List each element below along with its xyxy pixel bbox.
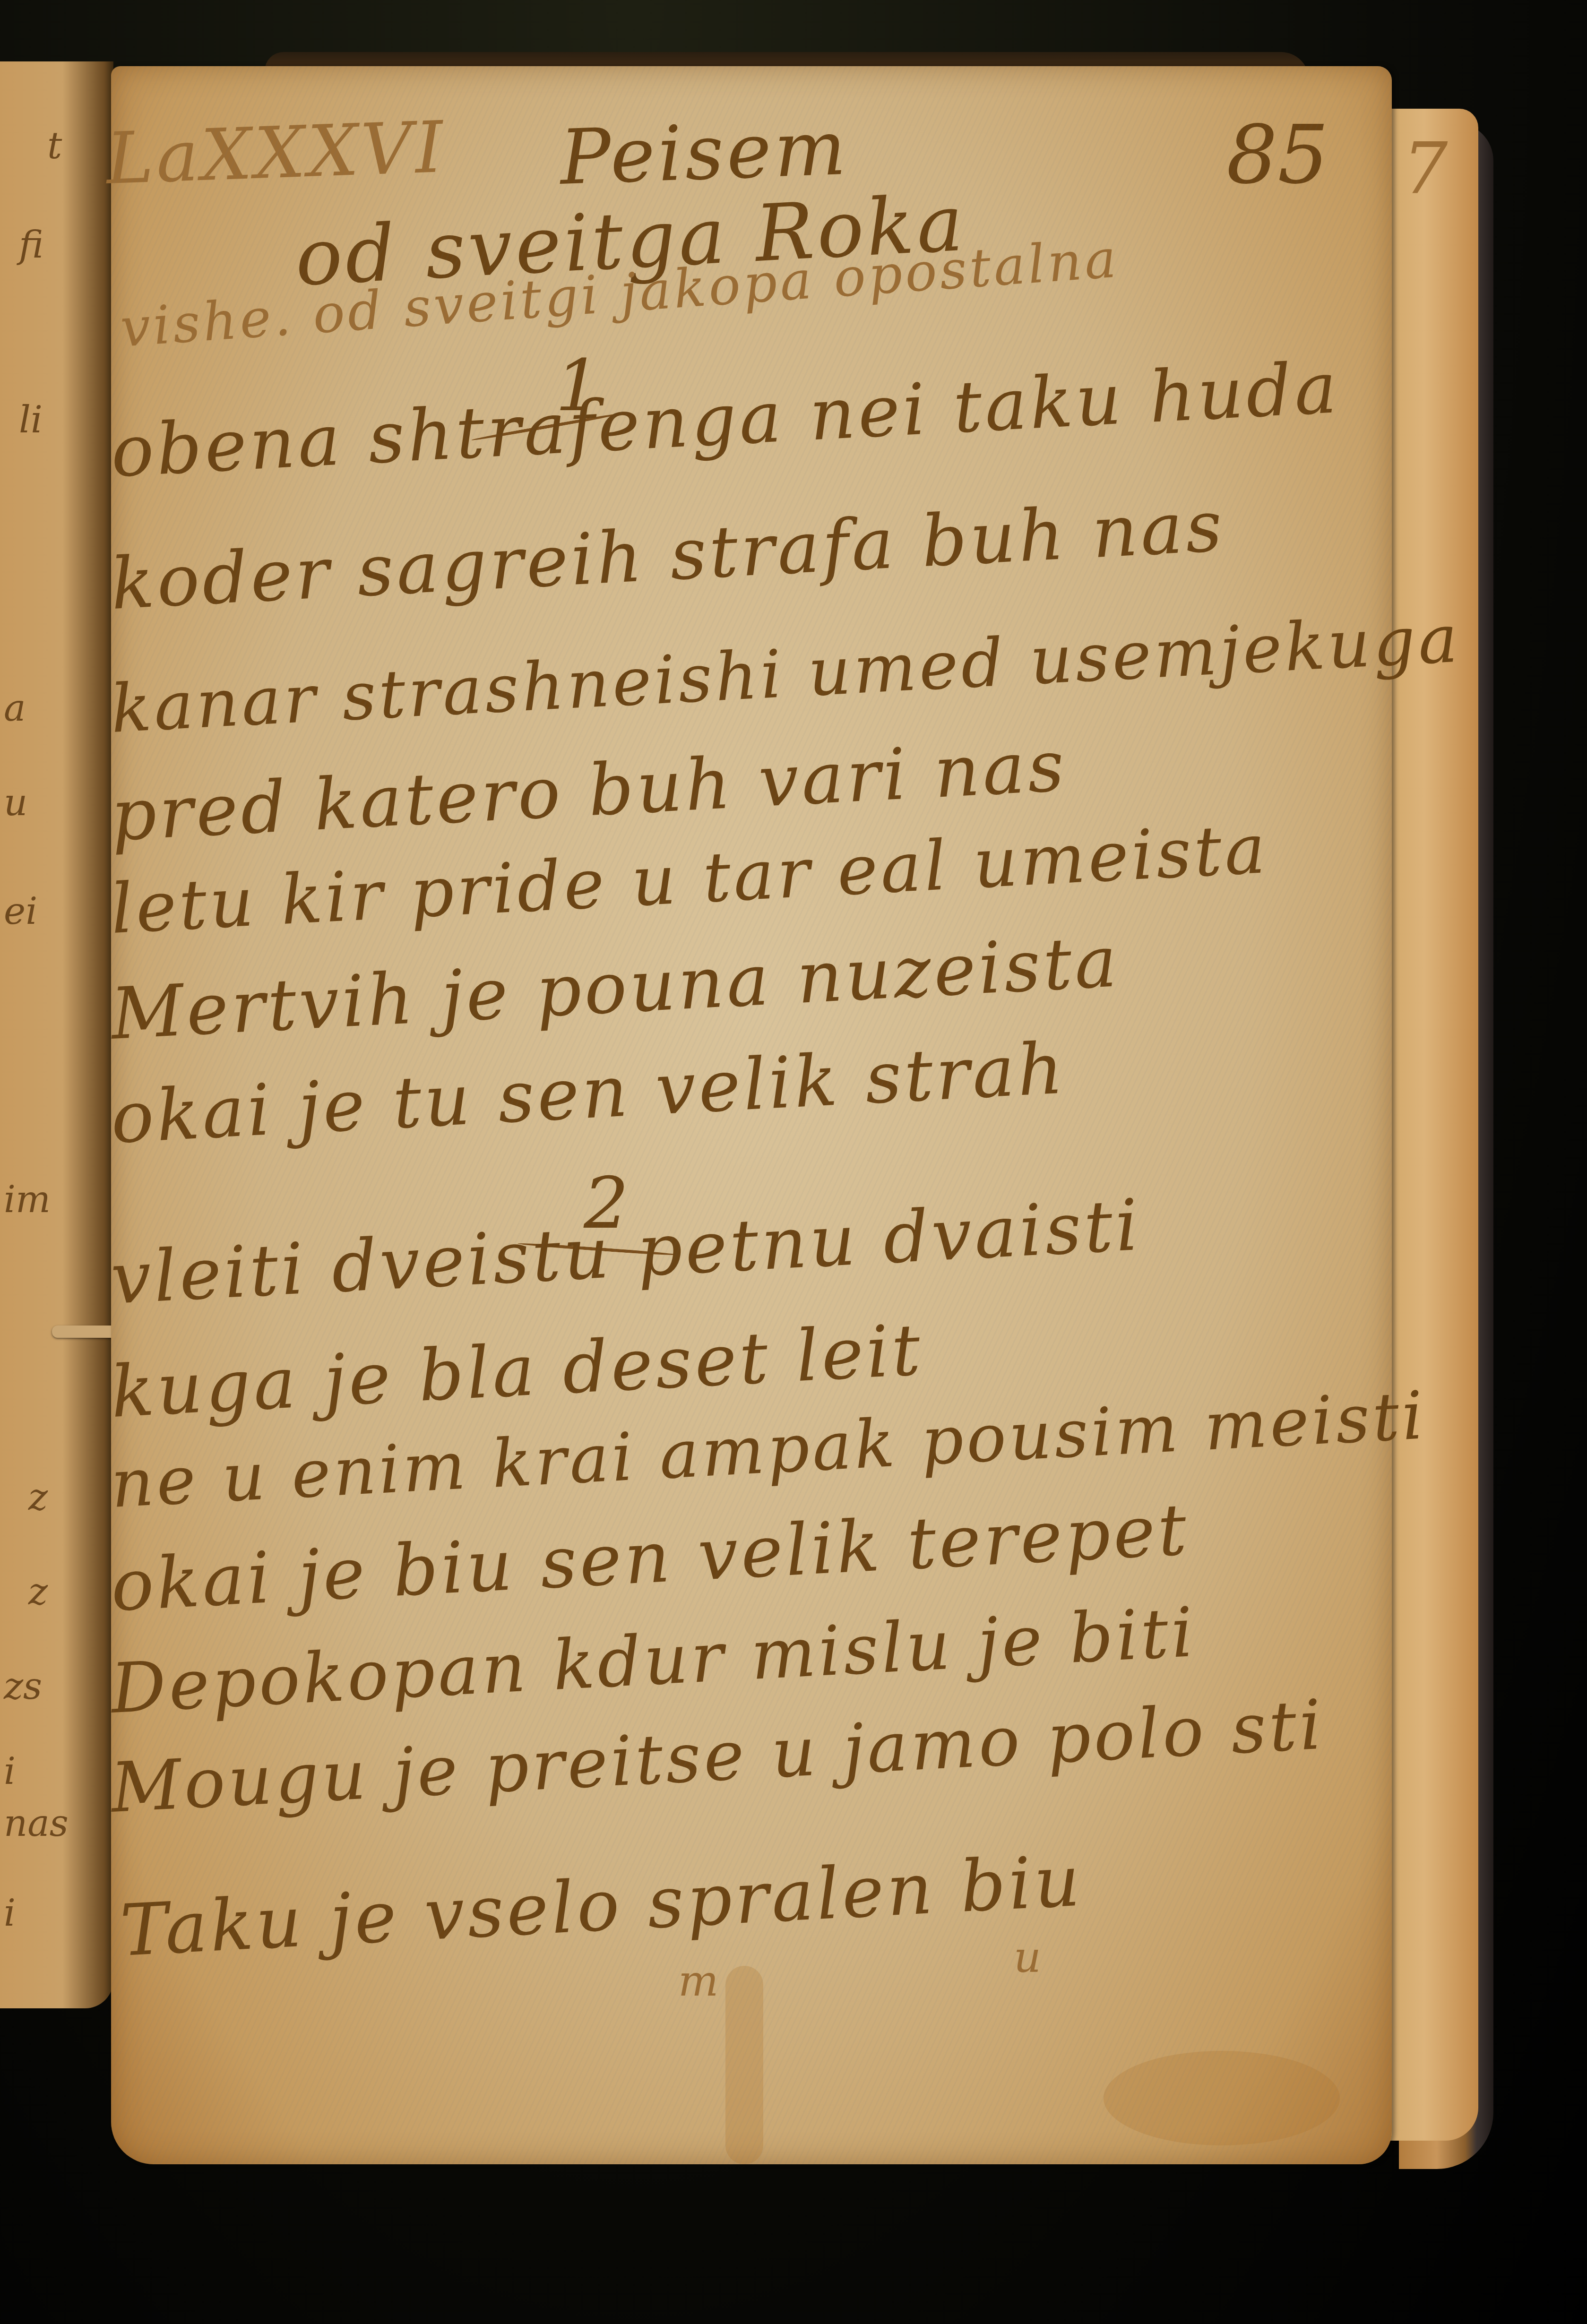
left-facing-page: t fi li a u ei im z z zs i nas i [0, 61, 113, 2008]
interlinear-correction: m [678, 1956, 721, 2006]
left-page-fragment: z [28, 1479, 48, 1516]
next-leaf-number: 7 [1403, 128, 1448, 210]
verse-line: kanar strashneishi umed usemjekuga [109, 600, 1462, 748]
water-stain [725, 1966, 763, 2164]
left-page-fragment: im [4, 1181, 51, 1218]
verse-line: Taku je vselo spralen biu [118, 1840, 1085, 1972]
hymn-number: LaXXXVI [105, 106, 448, 200]
verse-line: obena shtrafenga nei taku huda [109, 347, 1341, 493]
left-page-fragment: ei [4, 893, 37, 930]
left-page-fragment: u [4, 784, 27, 821]
left-page-fragment: nas [4, 1805, 69, 1842]
left-page-fragment: li [19, 402, 43, 439]
left-page-fragment: a [4, 690, 26, 727]
left-page-fragment: i [4, 1895, 16, 1932]
verse-line: koder sagreih strafa buh nas [109, 485, 1226, 626]
manuscript-page: 85 LaXXXVI Peisem od sveitga Roka vishe.… [111, 66, 1392, 2164]
next-leaf-edge: 7 [1387, 109, 1478, 2141]
interlinear-correction: u [1014, 1933, 1044, 1982]
left-page-fragment: z [28, 1574, 48, 1610]
left-page-fragment: fi [19, 227, 43, 264]
left-page-fragment: t [47, 128, 62, 164]
left-page-fragment: i [4, 1753, 16, 1790]
water-stain [1104, 2051, 1340, 2145]
left-page-fragment: zs [4, 1668, 42, 1705]
page-number: 85 [1226, 109, 1328, 202]
